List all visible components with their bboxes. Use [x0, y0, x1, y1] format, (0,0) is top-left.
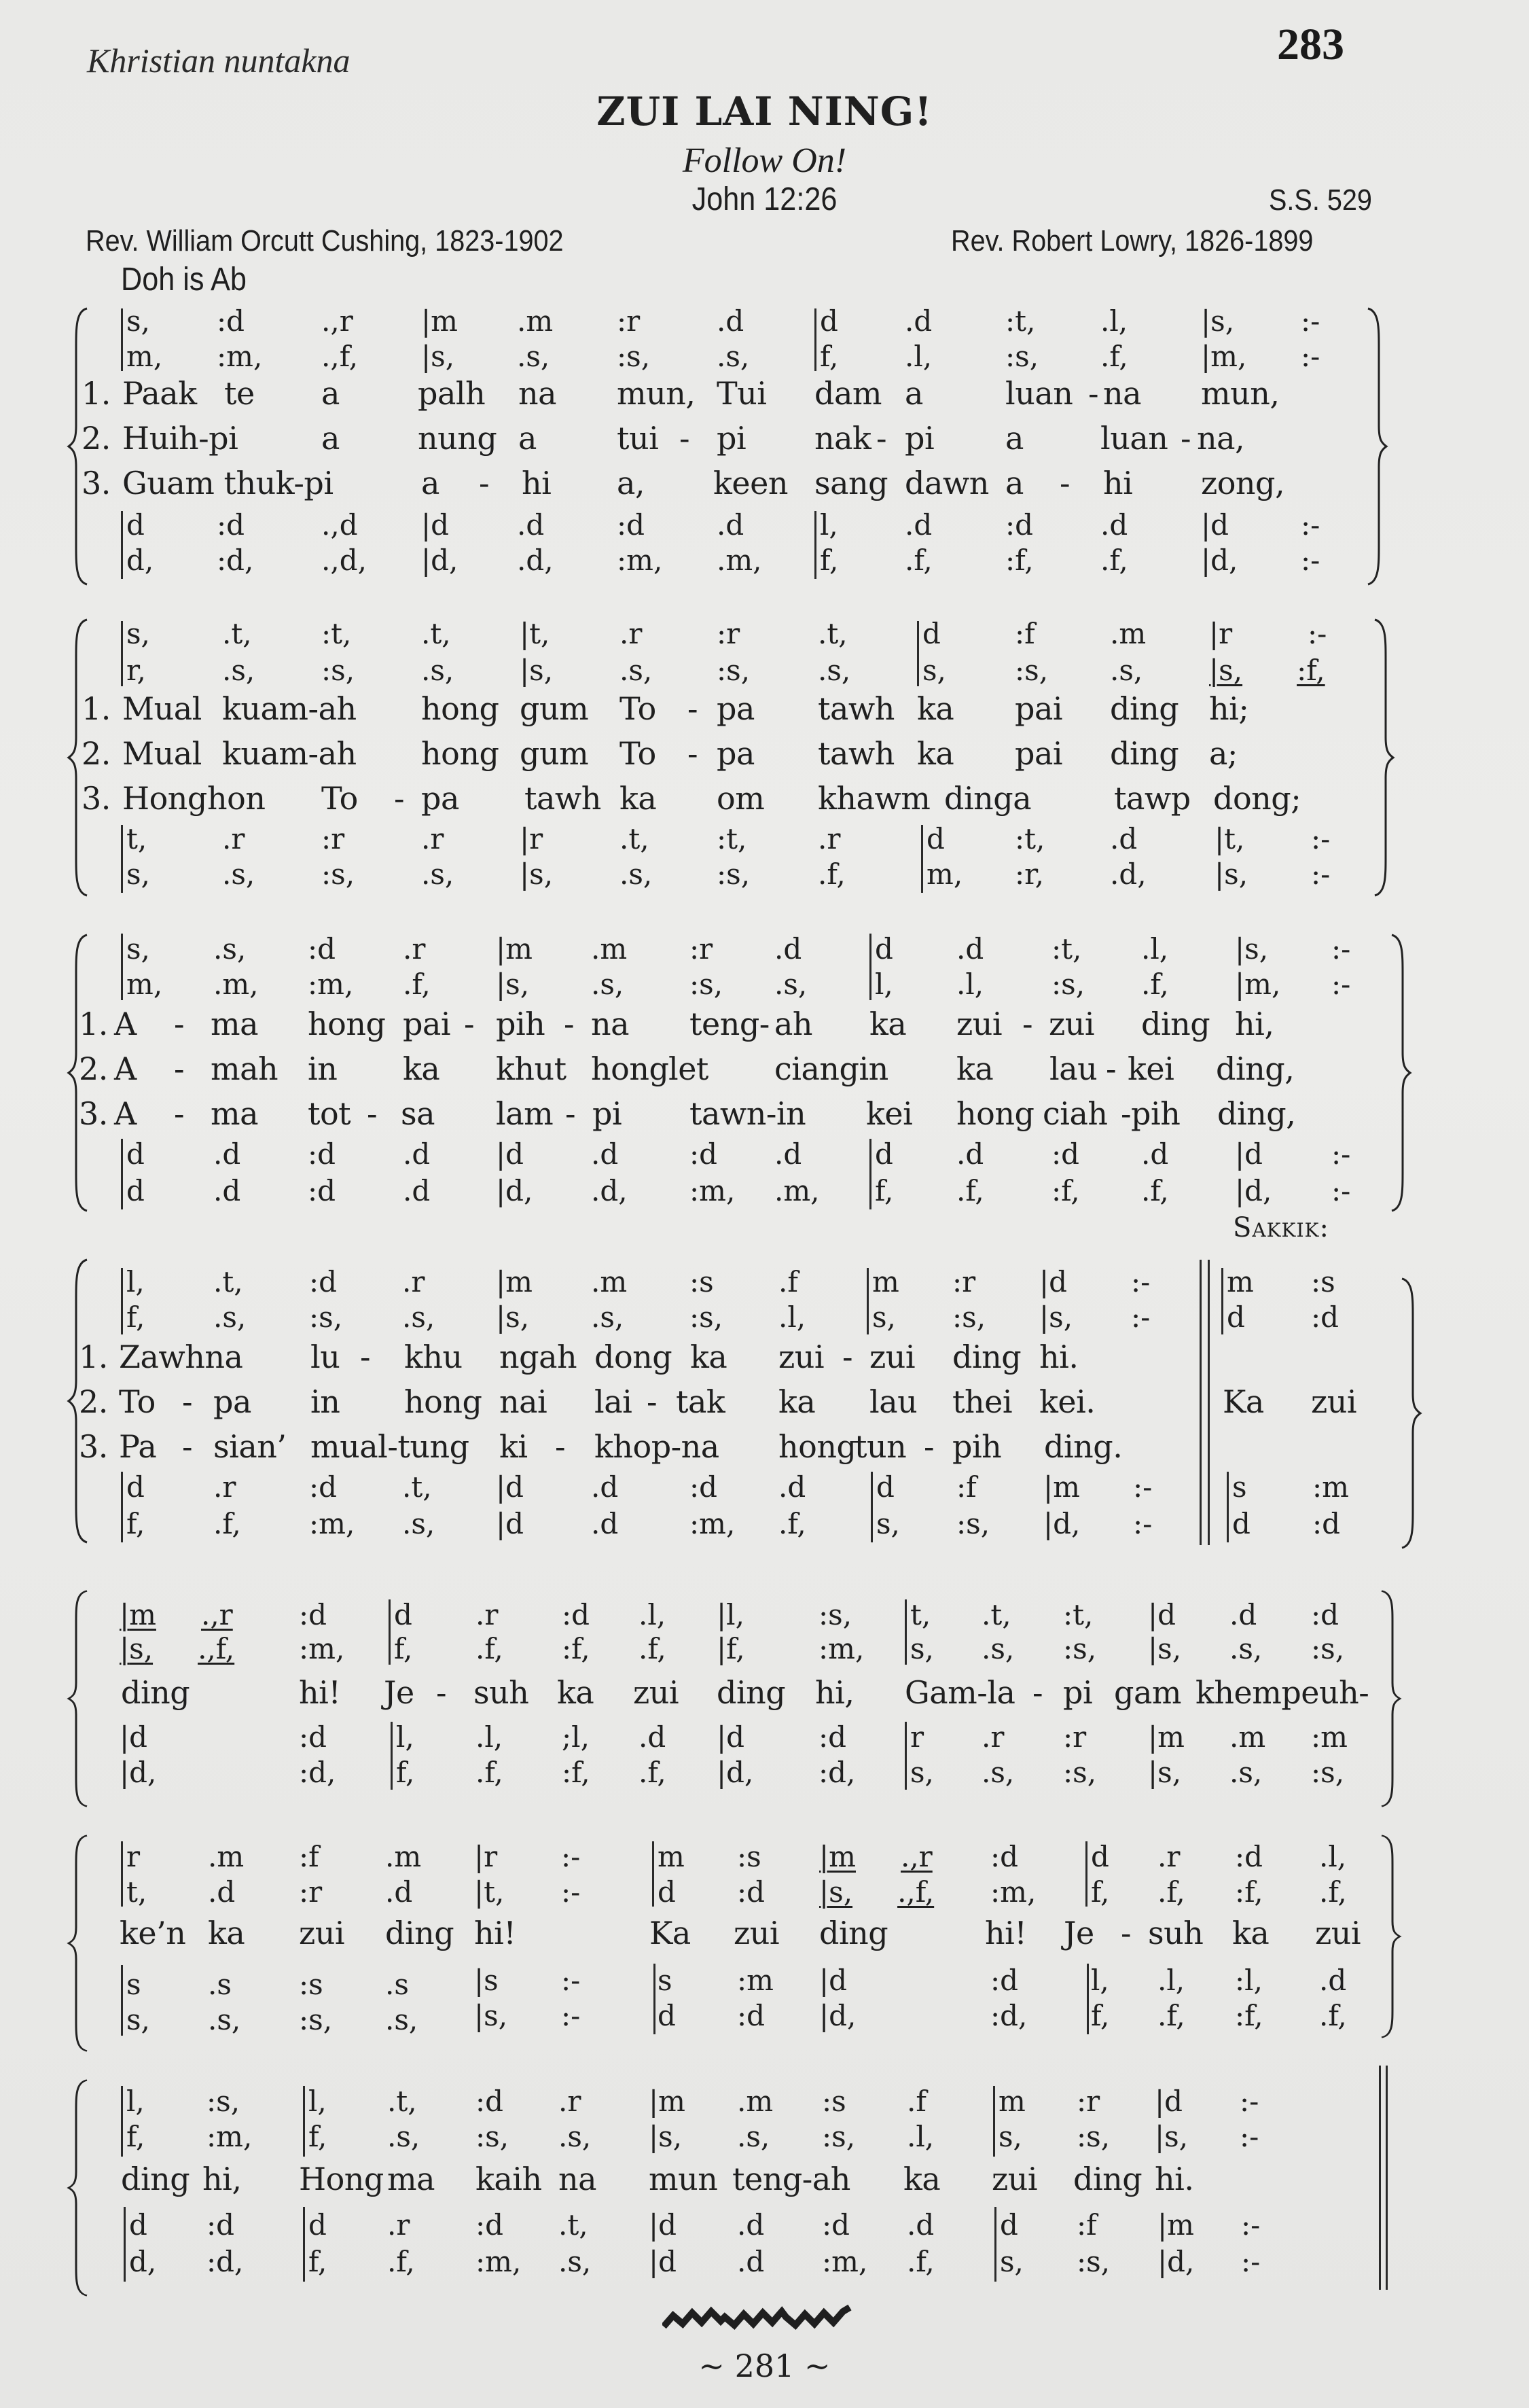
bar-line	[121, 1268, 123, 1334]
lyric: ding	[121, 1674, 190, 1711]
note: .l,	[778, 1300, 806, 1334]
note: d	[394, 1598, 412, 1631]
note: :m	[1312, 1470, 1349, 1504]
note: |r	[520, 822, 543, 855]
note: .d	[517, 508, 544, 542]
note: .d	[208, 1875, 235, 1909]
note: :-	[1311, 857, 1330, 891]
lyric: palh	[418, 375, 485, 412]
lyric: ka	[869, 1006, 906, 1042]
lyric: tak	[676, 1383, 725, 1420]
lyric: dong;	[1213, 780, 1301, 817]
note: f,	[820, 544, 838, 577]
note: :r	[1063, 1720, 1086, 1754]
lyric: ding	[1110, 690, 1179, 727]
lyric: a	[421, 465, 439, 501]
note: :s	[737, 1840, 761, 1873]
right-brace-icon	[1379, 1590, 1402, 1807]
lyric: -	[174, 1006, 184, 1042]
lyric: Huih-pi	[122, 420, 238, 457]
note: .d	[213, 1137, 240, 1171]
note: |s,	[421, 340, 454, 373]
note: d	[1091, 1840, 1109, 1873]
bar-line	[921, 825, 923, 893]
note: l,	[820, 508, 838, 542]
lyric: -pih	[1121, 1095, 1180, 1132]
lyric: a,	[617, 465, 645, 501]
note: :-	[1331, 1174, 1350, 1207]
note: :s,	[1015, 654, 1048, 687]
lyric: pi	[592, 1095, 622, 1132]
lyric: tot	[308, 1095, 350, 1132]
note: |d	[649, 2208, 677, 2242]
note: :-	[1331, 968, 1350, 1001]
note: :s,	[1077, 2120, 1110, 2153]
lyric: ding	[952, 1339, 1021, 1375]
note: .s,	[421, 654, 454, 687]
note: |d	[717, 1720, 744, 1754]
note: :m,	[990, 1875, 1036, 1909]
note: .m,	[774, 1174, 820, 1207]
lyric: dong	[594, 1339, 672, 1375]
note: :d	[206, 2208, 234, 2242]
note: :-	[561, 1999, 580, 2032]
lyric: -	[1181, 420, 1191, 457]
note: .d	[403, 1174, 430, 1207]
note: .m	[591, 932, 627, 966]
note: .r	[403, 932, 425, 966]
lyric: tui	[617, 420, 658, 457]
lyric: in	[308, 1050, 337, 1087]
note: .r	[213, 1470, 236, 1504]
lyric: kei	[1128, 1050, 1174, 1087]
lyric: hong	[404, 1383, 482, 1420]
note: |l,	[717, 1598, 744, 1631]
note: d	[129, 2208, 147, 2242]
note: .d	[403, 1137, 430, 1171]
note: d	[1227, 1300, 1245, 1334]
note: :s,	[617, 340, 650, 373]
note: .d	[737, 2208, 764, 2242]
note: :m,	[309, 1507, 355, 1540]
note: .r	[387, 2208, 410, 2242]
note: .l,	[1319, 1840, 1346, 1873]
bar-line	[917, 621, 919, 686]
note: :d	[1235, 1840, 1263, 1873]
lyric: hong	[421, 735, 499, 772]
note: f,	[394, 1632, 412, 1665]
lyric: ding	[1073, 2161, 1142, 2197]
note: .f,	[905, 544, 933, 577]
note: :t,	[1015, 822, 1045, 855]
note: l,	[126, 1265, 145, 1298]
note: m	[999, 2085, 1026, 2118]
lyric: hong	[421, 690, 499, 727]
lyric: a;	[1209, 735, 1238, 772]
note: .r	[402, 1265, 425, 1298]
lyric: hi!	[474, 1915, 516, 1951]
note: .s,	[558, 2120, 591, 2153]
lyric: pi	[905, 420, 934, 457]
bar-line	[993, 2086, 995, 2157]
note: :m,	[822, 2245, 867, 2278]
note: :d,	[819, 1756, 855, 1789]
note: :-	[1301, 304, 1320, 338]
note: .s,	[1229, 1632, 1262, 1665]
note: :s,	[475, 2120, 509, 2153]
note: r,	[126, 654, 146, 687]
note: |t,	[474, 1875, 504, 1909]
note: .t,	[558, 2208, 588, 2242]
note: .f,	[1157, 1875, 1185, 1909]
note: |m	[1148, 1720, 1185, 1754]
lyric: ding	[121, 2161, 190, 2197]
note: :s,	[321, 857, 355, 891]
slur-group: |m.,r	[120, 1598, 228, 1631]
bar-line	[121, 1841, 123, 1907]
note: f,	[396, 1756, 414, 1789]
bar-line	[871, 1472, 873, 1542]
note: :d	[737, 1875, 765, 1909]
note: d	[126, 1137, 145, 1171]
lyric: hi!	[985, 1915, 1026, 1951]
note: :t,	[717, 822, 746, 855]
lyric: pa	[717, 735, 755, 772]
lyric: -	[436, 1674, 446, 1711]
footer-page-number: ~ 281 ~	[0, 2348, 1529, 2384]
note: .d	[956, 1137, 984, 1171]
note: .t,	[222, 617, 252, 650]
lyric: Hong	[299, 2161, 384, 2197]
note: :d	[1311, 1598, 1339, 1631]
note: |m	[649, 2085, 685, 2118]
note: .l,	[905, 340, 932, 373]
note: .f,	[1141, 968, 1169, 1001]
note: .d	[591, 1470, 618, 1504]
note: .s,	[982, 1632, 1014, 1665]
note: |d	[819, 1964, 847, 1997]
lyric: -	[842, 1339, 852, 1375]
bar-line	[124, 2207, 126, 2282]
note: .d,	[517, 544, 554, 577]
lyric: tawh	[818, 735, 895, 772]
system-6: r .m :f .m |r :- m :s |m.,r :d d .r :d .…	[0, 1821, 1529, 2052]
note: |m,	[1235, 968, 1280, 1001]
lyric: mah	[211, 1050, 278, 1087]
note: :-	[1240, 2085, 1259, 2118]
note: .r	[619, 617, 642, 650]
lyric: -	[174, 1095, 184, 1132]
note: .,r	[321, 304, 353, 338]
lyric: ciah	[1043, 1095, 1108, 1132]
note: |m	[496, 1265, 533, 1298]
note: .s,	[982, 1756, 1014, 1789]
lyric: pa	[213, 1383, 251, 1420]
verse-number: 3.	[82, 465, 111, 501]
note: |t,	[520, 617, 550, 650]
bar-line	[303, 2086, 305, 2157]
note: f,	[1091, 1875, 1109, 1909]
note: s,	[126, 617, 150, 650]
note: .f,	[956, 1174, 984, 1207]
lyric: hong	[591, 1050, 668, 1087]
lyric: -	[564, 1006, 574, 1042]
note: d	[308, 2208, 327, 2242]
note: d	[658, 1875, 676, 1909]
note: t,	[910, 1598, 931, 1631]
lyric: a	[321, 375, 340, 412]
lyric: -	[687, 690, 698, 727]
note: .s,	[213, 932, 246, 966]
note: :s,	[1063, 1756, 1096, 1789]
lyric: Mual	[122, 690, 202, 727]
note: f,	[875, 1174, 893, 1207]
note: :d	[737, 1999, 765, 2032]
note: s,	[126, 857, 150, 891]
bar-line	[389, 1599, 391, 1665]
lyric: lau	[869, 1383, 917, 1420]
note: .f,	[1100, 544, 1128, 577]
note: .d	[1100, 508, 1128, 542]
lyric: zui	[956, 1006, 1002, 1042]
lyric: pai	[1015, 690, 1062, 727]
lyric: suh	[473, 1674, 528, 1711]
lyric: zui	[633, 1674, 679, 1711]
note: .s,	[1110, 654, 1143, 687]
note: :s,	[1311, 1756, 1344, 1789]
note: r	[910, 1720, 924, 1754]
bar-line	[905, 1599, 907, 1665]
lyric: sian’	[213, 1428, 287, 1465]
note: :s,	[689, 968, 723, 1001]
lyric: -	[679, 420, 689, 457]
note: |s,	[1148, 1756, 1181, 1789]
lyric: To	[619, 735, 656, 772]
note: |s,	[1201, 304, 1234, 338]
note: :-	[561, 1875, 580, 1909]
note: |s,	[520, 654, 553, 687]
lyric: ma	[211, 1006, 258, 1042]
system-7: l, :s, l, .t, :d .r |m .m :s .f m :r |d …	[0, 2066, 1529, 2297]
note: s,	[876, 1507, 900, 1540]
note: :m	[737, 1964, 774, 1997]
note: .f,	[1319, 1999, 1347, 2032]
lyric: Mual	[122, 735, 202, 772]
note: :t,	[321, 617, 351, 650]
lyric: mual-tung	[310, 1428, 469, 1465]
lyric: sang	[814, 465, 888, 501]
lyric: zong,	[1201, 465, 1284, 501]
lyric: ka	[1232, 1915, 1269, 1951]
lyric: hong	[308, 1006, 385, 1042]
note: :f,	[1005, 544, 1034, 577]
note: .m	[1229, 1720, 1265, 1754]
note: :l,	[1235, 1964, 1263, 1997]
lyric: mun,	[617, 375, 696, 412]
note: :s,	[1051, 968, 1085, 1001]
note: :t,	[1063, 1598, 1093, 1631]
lyric: hi,	[815, 1674, 854, 1711]
lyric: ka	[690, 1339, 727, 1375]
note: s	[658, 1964, 672, 1997]
note: .t,	[213, 1265, 243, 1298]
bar-line	[653, 1964, 655, 2034]
lyric: ngah	[499, 1339, 577, 1375]
note: .f	[778, 1265, 798, 1298]
verse-number: 2.	[82, 420, 111, 457]
verse-number: 1.	[82, 375, 111, 412]
note: d	[658, 1999, 676, 2032]
note: |d	[649, 2245, 677, 2278]
lyric: gum	[520, 735, 588, 772]
lyric: dawn	[905, 465, 989, 501]
lyric: ka	[208, 1915, 245, 1951]
note: .s,	[385, 2003, 418, 2036]
note: :m,	[617, 544, 662, 577]
system-1: s, :d .,r |m .m :r .d d .d :t, .l, |s, :…	[0, 299, 1529, 591]
bar-line	[1227, 1472, 1229, 1542]
lyric: hi	[522, 465, 551, 501]
note: :-	[1301, 340, 1320, 373]
lyric: ciangin	[774, 1050, 888, 1087]
note: d	[126, 1470, 145, 1504]
lyric: hi!	[299, 1674, 340, 1711]
note: :m,	[308, 968, 353, 1001]
note: d	[876, 1470, 895, 1504]
lyric: -	[394, 780, 404, 817]
note: :d,	[299, 1756, 336, 1789]
note: .f,	[1157, 1999, 1185, 2032]
note: :d,	[990, 1999, 1027, 2032]
note: :s,	[822, 2120, 855, 2153]
note: :s,	[717, 857, 750, 891]
verse-number: 3.	[82, 780, 111, 817]
lyric: Tui	[717, 375, 767, 412]
note: .r	[421, 822, 444, 855]
system-2: s, .t, :t, .t, |t, .r :r .t, d :f .m |r …	[0, 612, 1529, 904]
lyric: ma	[387, 2161, 435, 2197]
bar-line	[121, 2086, 123, 2157]
lyric: hi,	[1235, 1006, 1274, 1042]
lyric: -	[876, 420, 886, 457]
note: .l,	[1141, 932, 1168, 966]
lyric: A	[114, 1006, 137, 1042]
note: |s,	[520, 857, 553, 891]
bar-line	[121, 1965, 123, 2036]
note: f,	[820, 340, 838, 373]
lyric: Ka	[649, 1915, 691, 1951]
left-brace-icon	[67, 1590, 90, 1807]
bar-line	[121, 1139, 123, 1209]
note: |d,	[1201, 544, 1238, 577]
lyric: tawp	[1114, 780, 1191, 817]
note: .s,	[213, 1300, 246, 1334]
lyric: khawm	[818, 780, 930, 817]
note: :r,	[1015, 857, 1044, 891]
note: .f,	[638, 1756, 666, 1789]
note: .s,	[421, 857, 454, 891]
note: |s	[474, 1964, 499, 1997]
lyric: pi	[1063, 1674, 1092, 1711]
key-signature: Doh is Ab	[121, 261, 247, 298]
note: .s,	[619, 857, 652, 891]
lyric: -	[182, 1428, 192, 1465]
note: .l,	[638, 1598, 666, 1631]
note: .r	[982, 1720, 1004, 1754]
right-brace-icon	[1389, 934, 1412, 1212]
note: .d	[1141, 1137, 1168, 1171]
note: :d	[562, 1598, 590, 1631]
note: :f,	[1235, 1999, 1263, 2032]
note: |t,	[1215, 822, 1244, 855]
note: .f,	[403, 968, 431, 1001]
note: |m	[496, 932, 533, 966]
lyric: zui	[299, 1915, 344, 1951]
note: :r	[952, 1265, 975, 1298]
bar-line	[121, 825, 123, 893]
note: m,	[927, 857, 963, 891]
lyric: -	[1032, 1674, 1043, 1711]
note: :-	[1240, 2120, 1259, 2153]
note: .t,	[387, 2085, 417, 2118]
note: |d	[1148, 1598, 1176, 1631]
note: :d	[1312, 1507, 1340, 1540]
note: |s,	[496, 968, 529, 1001]
note: t,	[126, 1875, 147, 1909]
lyric: na,	[1197, 420, 1244, 457]
note: |s,	[496, 1300, 529, 1334]
note: :r	[689, 932, 713, 966]
note: :d	[617, 508, 645, 542]
note: .s,	[222, 857, 255, 891]
lyric: a	[905, 375, 923, 412]
lyric: na	[591, 1006, 629, 1042]
note: .,d	[321, 508, 358, 542]
lyric: dam	[814, 375, 882, 412]
refrain-lyric: Ka	[1223, 1383, 1264, 1420]
running-head: Khristian nuntakna	[87, 41, 350, 80]
note: :d	[475, 2085, 503, 2118]
lyric: -	[479, 465, 489, 501]
note: .f,	[638, 1632, 666, 1665]
lyric: sa	[401, 1095, 435, 1132]
lyric: keen	[713, 465, 788, 501]
note: .s,	[818, 654, 850, 687]
note: .s,	[222, 654, 255, 687]
lyric: nai	[499, 1383, 547, 1420]
left-brace-icon	[67, 2079, 90, 2297]
note: m	[658, 1840, 685, 1873]
hymn-title: ZUI LAI NING!	[0, 88, 1529, 135]
note: :d	[299, 1598, 327, 1631]
bar-line	[1087, 1964, 1089, 2034]
right-brace-icon	[1372, 618, 1395, 897]
lyric: teng-	[689, 1006, 770, 1042]
note: .d	[717, 304, 744, 338]
note: |d,	[421, 544, 458, 577]
note: |s,	[1215, 857, 1248, 891]
note: :d	[299, 1720, 327, 1754]
lyric: a	[518, 420, 537, 457]
note: .t,	[619, 822, 649, 855]
note: :d,	[217, 544, 253, 577]
lyric: -	[1121, 1915, 1131, 1951]
note: .l,	[956, 968, 984, 1001]
slur-group: |m.,r	[819, 1840, 928, 1873]
note: :s,	[1005, 340, 1039, 373]
lyric: a	[321, 420, 340, 457]
note: s,	[922, 654, 946, 687]
